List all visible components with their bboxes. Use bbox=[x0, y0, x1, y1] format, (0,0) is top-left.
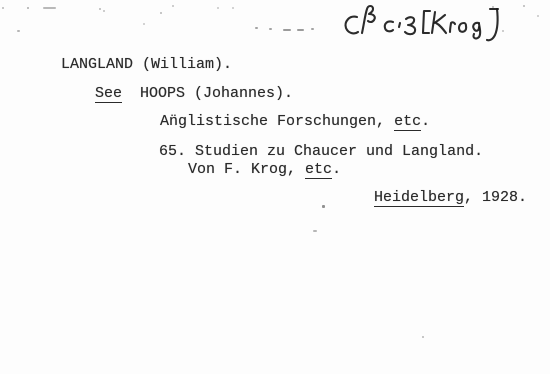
catalog-card: LANGLAND (William). See HOOPS (Johannes)… bbox=[0, 0, 550, 374]
scan-speck bbox=[269, 28, 272, 30]
scan-speck bbox=[422, 336, 424, 338]
scan-speck bbox=[27, 7, 29, 9]
scan-speck bbox=[311, 28, 314, 30]
scan-speck bbox=[283, 29, 291, 31]
shelfmark-handwriting bbox=[338, 0, 510, 46]
byline-text: Von F. Krog, bbox=[188, 161, 305, 178]
scan-speck bbox=[313, 230, 317, 232]
scan-speck bbox=[17, 30, 20, 32]
scan-speck bbox=[2, 7, 4, 9]
scan-speck bbox=[43, 7, 56, 9]
byline-line: Von F. Krog, etc. bbox=[152, 144, 341, 195]
scan-speck bbox=[523, 5, 525, 7]
scan-speck bbox=[217, 7, 219, 9]
scan-speck bbox=[160, 12, 162, 14]
scan-speck bbox=[143, 23, 145, 25]
scan-speck bbox=[537, 15, 539, 17]
scan-speck bbox=[255, 27, 258, 29]
scan-speck bbox=[172, 5, 174, 7]
scan-speck bbox=[232, 7, 234, 9]
imprint-line: Heidelberg, 1928. bbox=[338, 172, 527, 223]
scan-speck bbox=[103, 10, 105, 12]
scan-speck bbox=[322, 205, 325, 208]
imprint-year: , 1928. bbox=[464, 189, 527, 206]
imprint-place: Heidelberg bbox=[374, 189, 464, 207]
see-label: See bbox=[95, 85, 122, 103]
scan-speck bbox=[297, 29, 304, 31]
scan-speck bbox=[99, 8, 101, 10]
byline-etc: etc bbox=[305, 161, 332, 179]
